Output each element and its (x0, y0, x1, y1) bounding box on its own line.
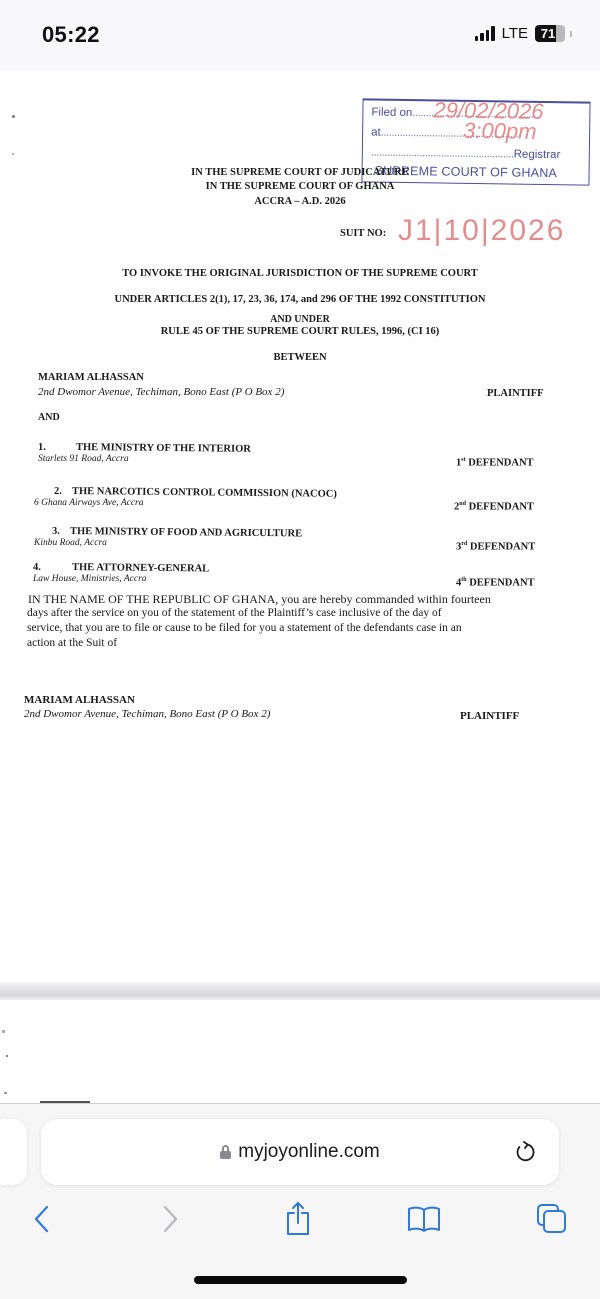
document-image: Filed on................................… (0, 70, 600, 982)
browser-toolbar (0, 1194, 600, 1244)
tabs-icon (535, 1202, 569, 1236)
status-indicators: LTE 71 (475, 25, 572, 42)
suit-no-label: SUIT NO: (340, 228, 386, 239)
defendant-role: 2nd DEFENDANT (454, 501, 534, 513)
stamp-filed-on-label: Filed on (371, 107, 412, 120)
chevron-left-icon (32, 1204, 52, 1234)
battery-icon: 71 (535, 25, 565, 42)
page-divider (0, 982, 600, 1000)
defendant-name: THE ATTORNEY-GENERAL (72, 562, 209, 574)
share-icon (284, 1201, 312, 1237)
previous-tab-preview[interactable] (0, 1119, 27, 1185)
defendant-role-label: DEFENDANT (468, 458, 533, 469)
defendant-number: 1. (38, 442, 46, 453)
defendant-ordinal-suffix: st (461, 457, 465, 463)
signal-icon (475, 26, 495, 41)
command-line-1: IN THE NAME OF THE REPUBLIC OF GHANA, yo… (28, 592, 491, 607)
url-text: myjoyonline.com (238, 1141, 380, 1163)
chevron-right-icon (160, 1204, 180, 1234)
bookmarks-button[interactable] (404, 1194, 444, 1244)
scan-mark (6, 1055, 8, 1057)
defendant-address: Starlets 91 Road, Accra (38, 454, 129, 464)
stamp-at-value: 3:00pm (463, 118, 537, 145)
court-heading-1: IN THE SUPREME COURT OF JUDICATURE (0, 167, 600, 178)
command-line-3: service, that you are to file or cause t… (27, 622, 462, 634)
battery-tip (570, 31, 572, 37)
next-page-area (0, 1000, 600, 1104)
command-line-2: days after the service on you of the sta… (27, 607, 442, 619)
network-type: LTE (502, 25, 528, 42)
defendant-address: Law House, Ministries, Accra (33, 574, 147, 584)
invocation-line-2: UNDER ARTICLES 2(1), 17, 23, 36, 174, an… (0, 294, 600, 305)
defendant-role: 1st DEFENDANT (456, 457, 534, 469)
invocation-line-3: AND UNDER (0, 314, 600, 325)
scan-mark (12, 153, 14, 155)
plaintiff-name: MARIAM ALHASSAN (38, 372, 144, 383)
share-button[interactable] (278, 1194, 318, 1244)
court-heading-3: ACCRA – A.D. 2026 (0, 196, 600, 207)
suit-no-value: J1|10|2026 (398, 214, 565, 248)
defendant-role: 4th DEFENDANT (456, 577, 535, 589)
between-label: BETWEEN (0, 352, 600, 363)
battery-percent: 71 (535, 25, 561, 42)
command-line-4: action at the Suit of (27, 637, 117, 649)
forward-button[interactable] (150, 1194, 190, 1244)
defendant-name: THE MINISTRY OF THE INTERIOR (76, 442, 251, 455)
plaintiff-repeat-role: PLAINTIFF (460, 710, 519, 722)
defendant-role-label: DEFENDANT (469, 502, 534, 513)
defendant-number: 3. (52, 526, 60, 537)
back-button[interactable] (22, 1194, 62, 1244)
plaintiff-repeat-address: 2nd Dwomor Avenue, Techiman, Bono East (… (24, 708, 270, 720)
invocation-line-4: RULE 45 OF THE SUPREME COURT RULES, 1996… (0, 326, 600, 337)
stamp-registrar-label: Registrar (514, 149, 561, 162)
status-bar: 05:22 LTE 71 (0, 0, 600, 70)
defendant-ordinal-suffix: rd (461, 541, 467, 547)
court-heading-2: IN THE SUPREME COURT OF GHANA (0, 181, 600, 192)
defendant-role-label: DEFENDANT (469, 578, 534, 589)
plaintiff-repeat-name: MARIAM ALHASSAN (24, 694, 135, 706)
defendant-ordinal-suffix: th (461, 577, 466, 583)
plaintiff-role: PLAINTIFF (487, 388, 544, 399)
tabs-button[interactable] (532, 1194, 572, 1244)
defendant-number: 2. (54, 486, 62, 497)
scan-mark (4, 1092, 7, 1094)
defendant-number: 4. (33, 562, 41, 573)
defendant-address: Kinbu Road, Accra (34, 538, 107, 548)
scan-mark (12, 115, 15, 118)
plaintiff-address: 2nd Dwomor Avenue, Techiman, Bono East (… (38, 386, 284, 398)
book-icon (406, 1204, 442, 1234)
status-time: 05:22 (42, 22, 100, 48)
and-label: AND (38, 412, 60, 423)
defendant-role-label: DEFENDANT (470, 542, 535, 553)
defendant-role: 3rd DEFENDANT (456, 541, 535, 553)
address-bar[interactable]: myjoyonline.com (41, 1119, 559, 1185)
reload-icon[interactable] (513, 1140, 537, 1164)
invocation-line-1: TO INVOKE THE ORIGINAL JURISDICTION OF T… (0, 268, 600, 279)
stamp-at-label: at (371, 127, 381, 139)
scan-mark (2, 1030, 5, 1033)
browser-chrome: myjoyonline.com (0, 1104, 600, 1299)
defendant-ordinal-suffix: nd (459, 501, 466, 507)
defendant-address: 6 Ghana Airways Ave, Accra (34, 498, 144, 508)
home-indicator[interactable] (194, 1276, 407, 1284)
lock-icon (220, 1145, 231, 1159)
